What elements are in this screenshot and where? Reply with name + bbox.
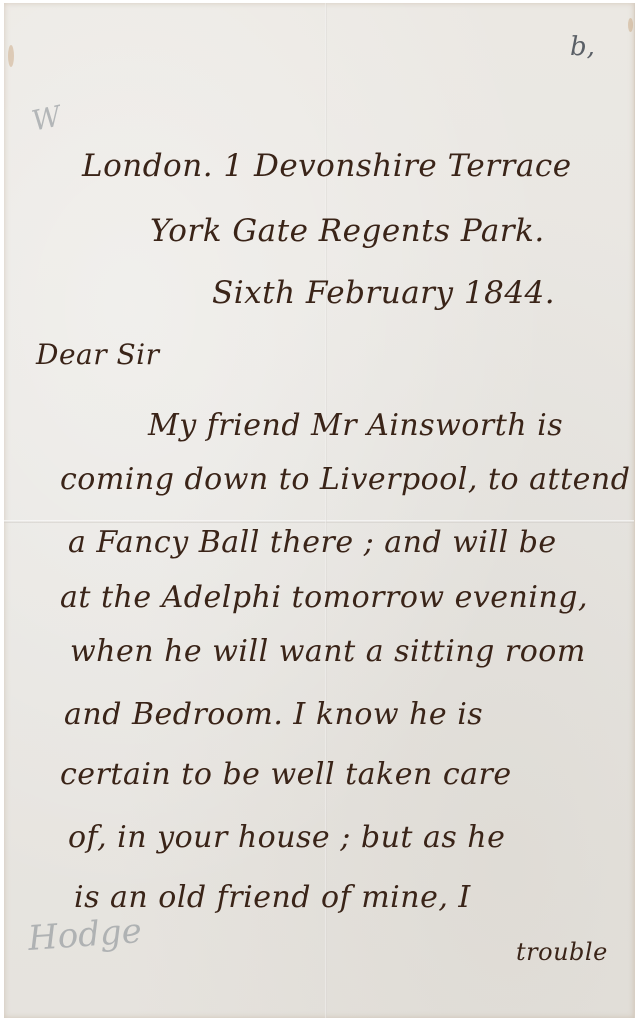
body-line: and Bedroom. I know he is [64, 697, 483, 732]
body-line: is an old friend of mine, I [74, 880, 471, 915]
catchword: trouble [516, 938, 608, 966]
letter-page: b, W Hodge London. 1 Devonshire Terrace … [0, 0, 643, 1024]
edge-stain [8, 45, 14, 67]
fold-crease-horizontal [4, 520, 634, 523]
salutation: Dear Sir [36, 338, 160, 371]
pencil-mark-top-left: W [29, 99, 64, 137]
body-line: coming down to Liverpool, to attend [60, 462, 630, 497]
body-line: My friend Mr Ainsworth is [148, 408, 563, 443]
letter-date: Sixth February 1844. [212, 275, 555, 311]
address-line-2: York Gate Regents Park. [150, 213, 545, 249]
edge-stain [628, 18, 633, 32]
address-line-1: London. 1 Devonshire Terrace [82, 148, 572, 184]
body-line: when he will want a sitting room [70, 634, 586, 669]
body-line: at the Adelphi tomorrow evening, [60, 580, 588, 615]
pencil-mark-bottom-left: Hodge [27, 911, 143, 959]
pencil-mark-top-right: b, [570, 32, 595, 62]
body-line: certain to be well taken care [60, 757, 512, 792]
body-line: of, in your house ; but as he [68, 820, 505, 855]
body-line: a Fancy Ball there ; and will be [68, 525, 557, 560]
